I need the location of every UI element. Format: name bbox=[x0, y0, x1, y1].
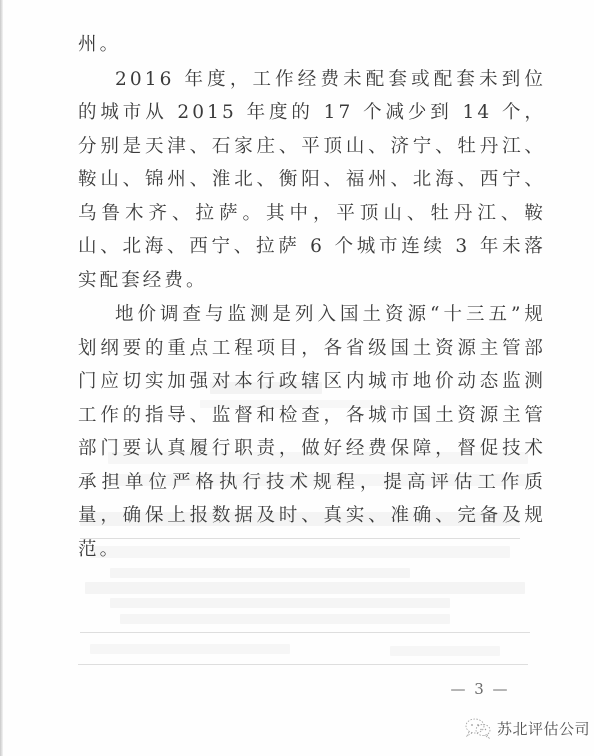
watermark-account-name: 苏北评估公司 bbox=[497, 718, 590, 739]
document-body: 州。 2016 年度，工作经费未配套或配套未到位的城市从 2015 年度的 17… bbox=[78, 28, 546, 566]
bleed-through-mark bbox=[110, 598, 450, 608]
paragraph-continuation: 州。 bbox=[78, 28, 546, 62]
bleed-through-rule bbox=[78, 664, 528, 665]
bleed-through-mark bbox=[120, 614, 450, 624]
scanned-document-page: 州。 2016 年度，工作经费未配套或配套未到位的城市从 2015 年度的 17… bbox=[0, 0, 594, 756]
bleed-through-mark bbox=[110, 568, 410, 578]
wechat-icon bbox=[463, 717, 493, 739]
bleed-through-rule bbox=[80, 632, 530, 633]
paragraph-land-price-monitoring: 地价调查与监测是列入国土资源“十三五”规划纲要的重点工程项目，各省级国土资源主管… bbox=[78, 298, 546, 566]
paragraph-unfunded-cities: 2016 年度，工作经费未配套或配套未到位的城市从 2015 年度的 17 个减… bbox=[78, 63, 546, 298]
bleed-through-mark bbox=[90, 644, 290, 654]
bleed-through-mark bbox=[390, 646, 500, 656]
page-number: — 3 — bbox=[430, 680, 530, 698]
bleed-through-mark bbox=[85, 582, 525, 594]
wechat-watermark: 苏北评估公司 bbox=[463, 713, 590, 743]
page-edge-shadow bbox=[0, 0, 3, 756]
